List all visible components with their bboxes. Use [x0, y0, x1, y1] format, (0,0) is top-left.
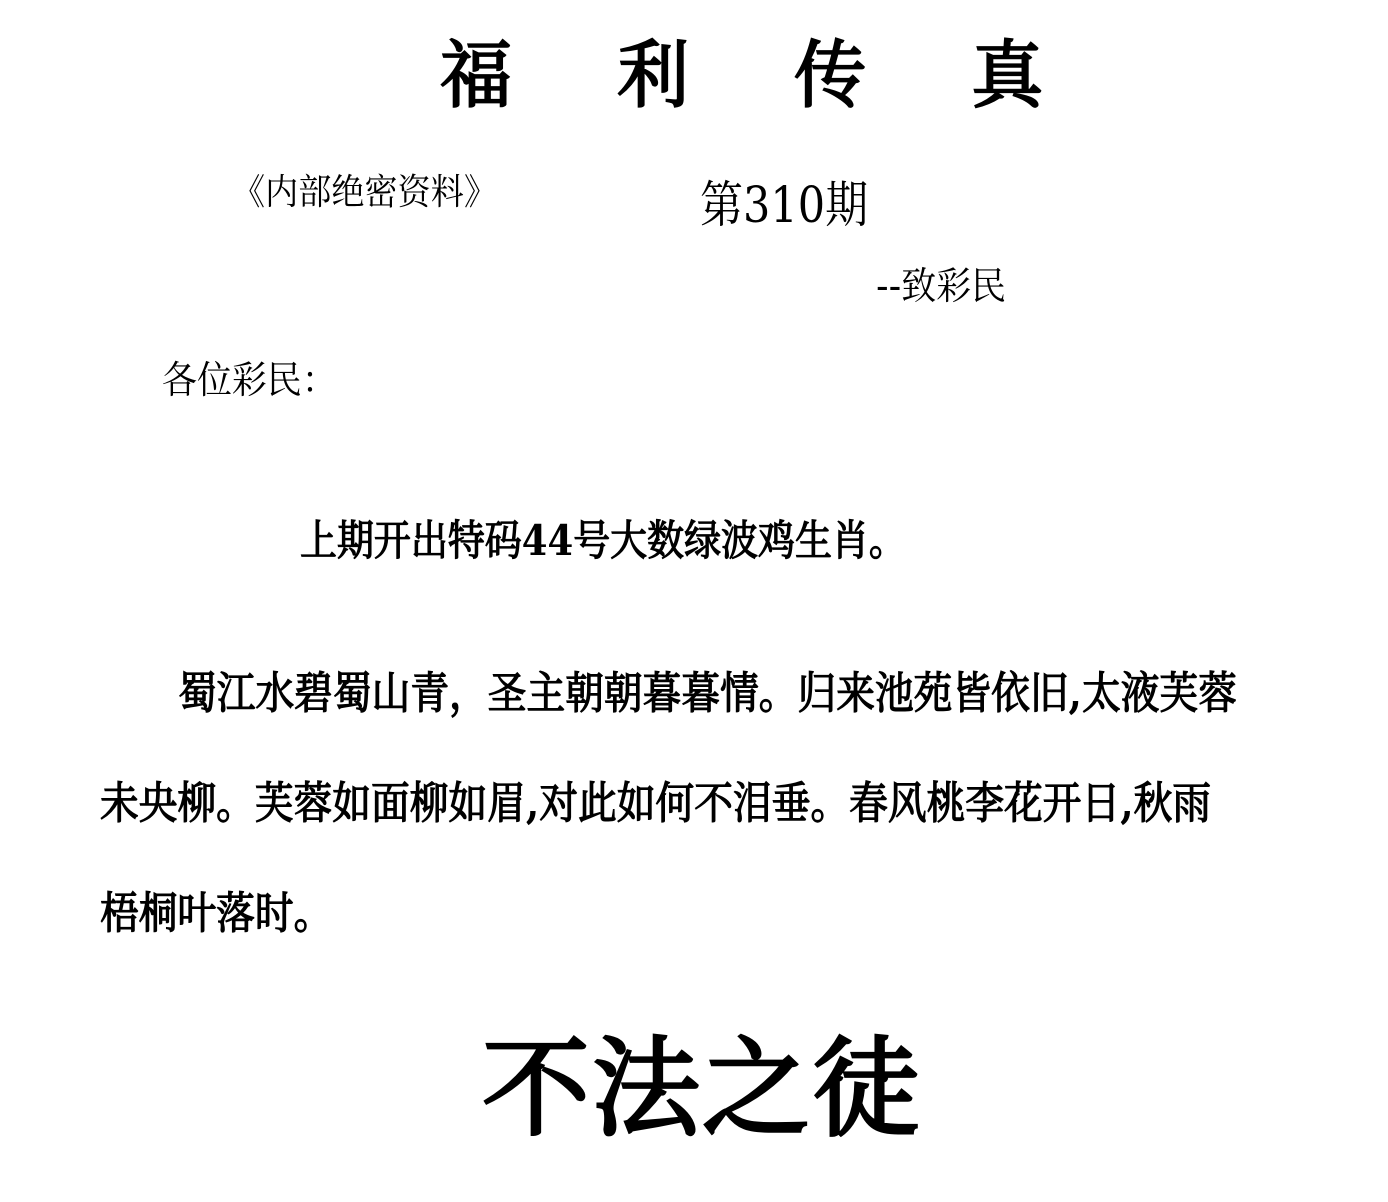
salutation: 各位彩民：: [162, 356, 337, 404]
stamp-text: 不法之徒: [482, 1024, 922, 1154]
confidential-label: 《内部绝密资料》: [232, 170, 497, 216]
poem-line: 梧桐叶落时。: [100, 886, 332, 942]
addressee-tag: --致彩民: [876, 262, 1006, 310]
poem-line: 蜀江水碧蜀山青，圣主朝朝暮暮情。归来池苑皆依旧,太液芙蓉: [178, 666, 1237, 722]
issue-number: 第310期: [700, 174, 868, 236]
previous-result-line: 上期开出特码44号大数绿波鸡生肖。: [300, 514, 906, 568]
poem-line: 未央柳。芙蓉如面柳如眉,对此如何不泪垂。春风桃李花开日,秋雨: [100, 776, 1211, 832]
document-title: 福 利 传 真: [440, 29, 1083, 121]
